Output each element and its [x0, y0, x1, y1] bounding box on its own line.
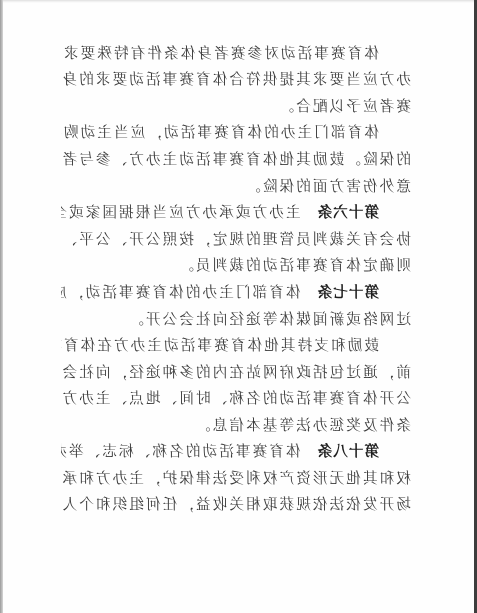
scanned-page: 体育赛事活动对参赛者身体条件有特殊要求的，主办方或承 办方应当要求其提供符合体育…: [0, 0, 477, 613]
text-line: 体育部门主办的体育赛事活动，应当主动购买公众责任方面: [61, 123, 411, 143]
text-line: 过网络或新闻媒体等途径向社会公开。: [61, 310, 411, 330]
text-line: 鼓励和支持其他体育赛事活动主办方在体育赛事活动举办: [61, 336, 411, 356]
text-line: 体育赛事活动对参赛者身体条件有特殊要求的，主办方或承: [61, 44, 411, 64]
article-17-line: 第十七条体育部门主办的体育赛事活动，应当在举办前通: [61, 283, 411, 303]
text-line: 的保险。鼓励其他体育赛事活动主办方、参与者购买公众责任或: [61, 150, 411, 170]
text-line: 协会有关裁判员管理的规定，按照公开、公平、公正、择优的原: [61, 230, 411, 250]
article-label: 第十八条: [317, 443, 379, 460]
article-label: 第十六条: [317, 204, 379, 221]
text-line: 前，通过包括政府网站在内的多种途径，向社会公布竞赛规程，: [61, 363, 411, 383]
text-line: 意外伤害方面的保险。: [61, 177, 411, 197]
text-line: 赛者应予以配合。: [61, 97, 411, 117]
text-line: 场开发依法依规获取相关收益，任何组织和个人不得侵犯。: [61, 495, 411, 515]
article-label: 第十七条: [317, 284, 379, 301]
text-line: 条件及奖惩办法等基本信息。: [61, 416, 411, 436]
text-line: [61, 470, 411, 490]
mirrored-document-body: 体育赛事活动对参赛者身体条件有特殊要求的，主办方或承 办方应当要求其提供符合体育…: [0, 0, 477, 613]
text-line: 则确定体育赛事活动的裁判员。: [61, 256, 411, 276]
text-line: 办方应当要求其提供符合体育赛事活动要求的身体状况证明，参: [61, 70, 411, 90]
article-16-line: 第十六条主办方或承办方应当根据国家或全国性单项体育: [61, 203, 411, 223]
article-18-line: 第十八条体育赛事活动的名称、标志、举办权、赛事转播: [61, 442, 411, 462]
text-line: 公开体育赛事活动的名称、时间、地点、主办方、承办方、参赛: [61, 389, 411, 409]
